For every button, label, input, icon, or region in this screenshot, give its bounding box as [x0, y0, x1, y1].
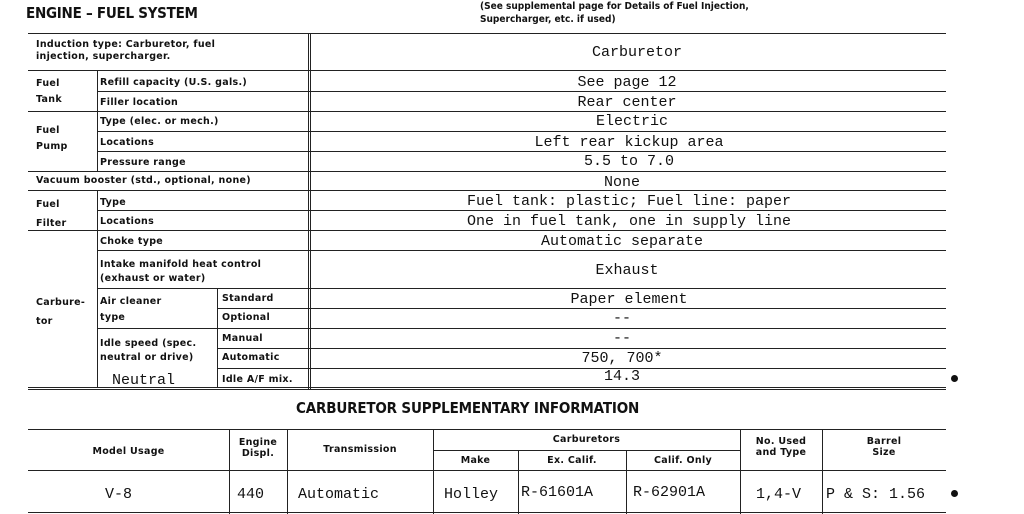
- header-calif-only: Calif. Only: [626, 455, 740, 466]
- carburetor-group-label: Carbure- tor: [36, 293, 85, 331]
- fuel-pump-group-line2: Pump: [36, 139, 68, 155]
- header-no-used-type: No. Used and Type: [740, 436, 822, 458]
- supp-bottom-rule: [28, 512, 946, 513]
- vacuum-booster-value: None: [312, 175, 932, 191]
- row-rule: [98, 288, 946, 289]
- fuel-pump-group-label: Fuel Pump: [36, 123, 68, 155]
- choke-type-value: Automatic separate: [312, 234, 932, 250]
- fuel-filter-group-label: Fuel Filter: [36, 195, 66, 233]
- intake-heat-label-line2: (exhaust or water): [100, 272, 261, 286]
- fuel-filter-group-line2: Filter: [36, 214, 66, 233]
- pressure-range-label: Pressure range: [100, 157, 186, 169]
- intake-heat-value: Exhaust: [312, 263, 942, 279]
- page-title: ENGINE – FUEL SYSTEM: [26, 4, 198, 22]
- idle-speed-label-line2: neutral or drive): [100, 351, 196, 365]
- carburetor-group-line1: Carbure-: [36, 293, 85, 312]
- supp-top-rule: [28, 429, 946, 430]
- row-rule: [98, 328, 946, 329]
- fuel-tank-group-label: Fuel Tank: [36, 76, 62, 108]
- fuel-filter-group-line1: Fuel: [36, 195, 66, 214]
- header-no-used-line2: and Type: [740, 447, 822, 458]
- cell-barrel-size: P & S: 1.56: [826, 487, 925, 503]
- induction-value: Carburetor: [312, 45, 962, 61]
- header-engine-displ-line1: Engine: [229, 437, 287, 448]
- pump-locations-value: Left rear kickup area: [312, 135, 946, 151]
- row-rule: [28, 111, 946, 112]
- header-engine-displ: Engine Displ.: [229, 437, 287, 459]
- header-make: Make: [433, 455, 518, 466]
- supp-col-divider: [287, 429, 288, 514]
- fuel-tank-group-line2: Tank: [36, 92, 62, 108]
- group-divider: [97, 190, 98, 388]
- air-cleaner-label: Air cleaner type: [100, 294, 162, 326]
- filler-location-label: Filler location: [100, 97, 178, 109]
- idle-speed-label: Idle speed (spec. neutral or drive): [100, 337, 196, 365]
- pump-type-value: Electric: [312, 114, 952, 130]
- fuel-tank-group-line1: Fuel: [36, 76, 62, 92]
- air-cleaner-optional-label: Optional: [222, 312, 270, 324]
- row-rule: [218, 308, 946, 309]
- filler-location-value: Rear center: [312, 95, 942, 111]
- idle-speed-label-line1: Idle speed (spec.: [100, 337, 196, 351]
- filter-locations-value: One in fuel tank, one in supply line: [312, 214, 946, 230]
- supp-header-bottom-rule: [28, 470, 946, 471]
- induction-label: Induction type: Carburetor, fuel injecti…: [36, 39, 215, 63]
- row-rule: [28, 70, 946, 71]
- induction-label-line1: Induction type: Carburetor, fuel: [36, 39, 215, 51]
- group-divider: [97, 70, 98, 171]
- row-rule: [98, 250, 946, 251]
- idle-speed-handwritten-value: Neutral: [112, 373, 175, 389]
- header-model-usage: Model Usage: [28, 446, 229, 457]
- filter-locations-label: Locations: [100, 216, 154, 228]
- pressure-range-value: 5.5 to 7.0: [312, 154, 946, 170]
- idle-automatic-label: Automatic: [222, 352, 280, 364]
- air-cleaner-label-line2: type: [100, 310, 162, 326]
- intake-heat-label: Intake manifold heat control (exhaust or…: [100, 258, 261, 286]
- table-top-rule: [28, 33, 946, 34]
- change-marker-icon: [951, 375, 958, 382]
- intake-heat-label-line1: Intake manifold heat control: [100, 258, 261, 272]
- header-barrel-line1: Barrel: [822, 436, 946, 447]
- row-rule: [28, 171, 946, 172]
- air-cleaner-label-line1: Air cleaner: [100, 294, 162, 310]
- cell-calif-only: R-62901A: [633, 485, 705, 501]
- supplementary-title: CARBURETOR SUPPLEMENTARY INFORMATION: [296, 399, 639, 417]
- row-rule: [28, 230, 946, 231]
- row-rule: [98, 131, 946, 132]
- filter-type-value: Fuel tank: plastic; Fuel line: paper: [312, 194, 946, 210]
- idle-manual-value: --: [312, 331, 932, 347]
- cell-no-used-type: 1,4-V: [756, 487, 801, 503]
- pump-locations-label: Locations: [100, 137, 154, 149]
- air-cleaner-standard-label: Standard: [222, 293, 274, 305]
- header-ex-calif: Ex. Calif.: [518, 455, 626, 466]
- idle-af-mix-label: Idle A/F mix.: [222, 374, 293, 386]
- cell-engine-displ: 440: [237, 487, 264, 503]
- cell-make: Holley: [444, 487, 498, 503]
- vacuum-booster-label: Vacuum booster (std., optional, none): [36, 175, 251, 187]
- row-rule: [98, 151, 946, 152]
- header-barrel-line2: Size: [822, 447, 946, 458]
- pump-type-label: Type (elec. or mech.): [100, 116, 219, 128]
- cell-transmission: Automatic: [298, 487, 379, 503]
- header-carburetors: Carburetors: [433, 434, 740, 445]
- idle-manual-label: Manual: [222, 333, 263, 345]
- cell-model-usage: V-8: [105, 487, 132, 503]
- note-line-1: (See supplemental page for Details of Fu…: [480, 0, 749, 13]
- row-rule: [98, 91, 946, 92]
- header-engine-displ-line2: Displ.: [229, 448, 287, 459]
- fuel-pump-group-line1: Fuel: [36, 123, 68, 139]
- air-cleaner-standard-value: Paper element: [312, 292, 946, 308]
- supplemental-note: (See supplemental page for Details of Fu…: [480, 0, 749, 26]
- choke-type-label: Choke type: [100, 236, 163, 248]
- induction-label-line2: injection, supercharger.: [36, 51, 215, 63]
- sublabel-divider: [217, 288, 218, 388]
- supp-carb-subheader-rule: [433, 450, 740, 451]
- row-rule: [98, 210, 946, 211]
- note-line-2: Supercharger, etc. if used): [480, 13, 749, 26]
- filter-type-label: Type: [100, 197, 126, 209]
- row-rule: [218, 348, 946, 349]
- refill-capacity-value: See page 12: [312, 75, 942, 91]
- change-marker-icon: [951, 490, 958, 497]
- header-barrel-size: Barrel Size: [822, 436, 946, 458]
- carburetor-group-line2: tor: [36, 312, 85, 331]
- label-value-divider: [308, 33, 311, 389]
- air-cleaner-optional-value: --: [312, 311, 932, 327]
- idle-automatic-value: 750, 700*: [312, 351, 932, 367]
- cell-ex-calif: R-61601A: [521, 485, 593, 501]
- header-transmission: Transmission: [287, 444, 433, 455]
- refill-capacity-label: Refill capacity (U.S. gals.): [100, 77, 247, 89]
- idle-af-mix-value: 14.3: [312, 369, 932, 385]
- header-no-used-line1: No. Used: [740, 436, 822, 447]
